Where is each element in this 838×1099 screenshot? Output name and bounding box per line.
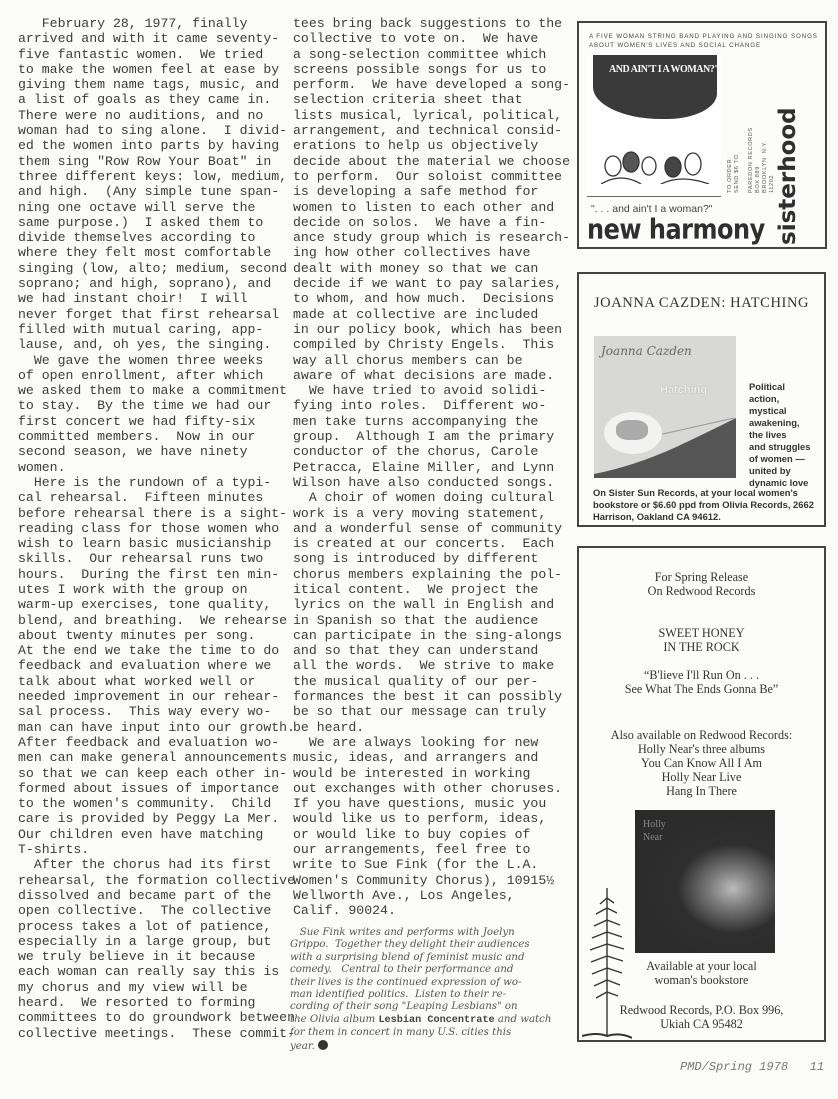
- article-line: ed the women into parts by having: [18, 138, 283, 153]
- article-line: committed members. Now in our: [18, 429, 283, 444]
- article-line: is developing a safe method for: [293, 184, 558, 199]
- article-line: lause, and, oh yes, the singing.: [18, 337, 283, 352]
- article-line: be heard.: [293, 720, 558, 735]
- article-line: A choir of women doing cultural: [293, 490, 558, 505]
- article-line: to stay. By the time we had our: [18, 398, 283, 413]
- article-line: can participate in the sing-alongs: [293, 628, 558, 643]
- article-line: ance study group which is research-: [293, 230, 558, 245]
- article-line: collective meetings. These commit-: [18, 1026, 283, 1041]
- article-column-1: February 28, 1977, finallyarrived and wi…: [18, 16, 283, 1041]
- article-line: decide if we want to pay salaries,: [293, 276, 558, 291]
- holly-near-photo: Holly Near: [635, 810, 775, 953]
- article-line: Calif. 90024.: [293, 903, 558, 918]
- article-line: After the chorus had its first: [18, 857, 283, 872]
- ad-redwood-records: For Spring Release On Redwood Records SW…: [577, 546, 826, 1042]
- article-line: before rehearsal there is a sight-: [18, 506, 283, 521]
- article-line: women.: [18, 460, 283, 475]
- article-line: woman had to sing alone. I divid-: [18, 123, 283, 138]
- address-line-1: Redwood Records, P.O. Box 996,: [579, 1003, 824, 1017]
- article-line: ing how other collectives have: [293, 245, 558, 260]
- article-line: Our children even have matching: [18, 827, 283, 842]
- article-line: Wellworth Ave., Los Angeles,: [293, 888, 558, 903]
- article-line: work is a very moving statement,: [293, 506, 558, 521]
- article-line: formances the best it can possibly: [293, 689, 558, 704]
- article-line: itical content. We project the: [293, 582, 558, 597]
- article-line: heard. We resorted to forming: [18, 995, 283, 1010]
- album-item: You Can Know All I Am: [579, 756, 824, 770]
- article-line: out exchanges with other choruses.: [293, 781, 558, 796]
- author-bio: Sue Fink writes and performs with Joelyn…: [290, 927, 560, 1053]
- egg-yolk-icon: [616, 420, 648, 440]
- article-line: is created at our concerts. Each: [293, 536, 558, 551]
- article-line: song is introduced by different: [293, 551, 558, 566]
- article-line: utes I work with the group on: [18, 582, 283, 597]
- availability-line-1: Available at your local: [579, 959, 824, 973]
- article-line: each woman can really say this is: [18, 964, 283, 979]
- photo-label: Holly Near: [643, 818, 666, 844]
- article-line: second season, we have ninety: [18, 444, 283, 459]
- article-line: fying into roles. Different wo-: [293, 398, 558, 413]
- article-line: February 28, 1977, finally: [18, 16, 283, 31]
- article-line: Petracca, Elaine Miller, and Lynn: [293, 460, 558, 475]
- article-line: warm-up exercises, tone quality,: [18, 597, 283, 612]
- article-line: women to listen to each other and: [293, 200, 558, 215]
- album-title: Lesbian Concentrate: [378, 1015, 494, 1026]
- article-line: way all chorus members can be: [293, 353, 558, 368]
- ad-joanna-cazden: JOANNA CAZDEN: HATCHING Joanna Cazden Ha…: [577, 272, 826, 527]
- article-line: sal process. This way every wo-: [18, 704, 283, 719]
- album-line-2: See What The Ends Gonna Be”: [579, 682, 824, 696]
- ad-blurb: Political action, mystical awakening, th…: [749, 381, 810, 489]
- article-line: chorus members explaining the pol-: [293, 567, 558, 582]
- cover-title: Hatching: [660, 384, 707, 396]
- article-line: men take turns accompanying the: [293, 414, 558, 429]
- article-line: my chorus and my view will be: [18, 980, 283, 995]
- ad-title: JOANNA CAZDEN: HATCHING: [579, 295, 824, 312]
- article-line: we had instant choir! I will: [18, 291, 283, 306]
- article-line: to whom, and how much. Decisions: [293, 291, 558, 306]
- cover-title: AND AIN'T I A WOMAN?": [609, 64, 719, 75]
- article-line: never forget that first rehearsal: [18, 307, 283, 322]
- release-line-1: For Spring Release: [579, 570, 824, 584]
- article-line: needed improvement in our rehear-: [18, 689, 283, 704]
- article-line: write to Sue Fink (for the L.A.: [293, 857, 558, 872]
- article-line: of open enrollment, after which: [18, 368, 283, 383]
- article-line: to make the women feel at ease by: [18, 62, 283, 77]
- order-info: TO ORDER SEND $6 TO PAREDON RECORDS BOX …: [727, 127, 776, 193]
- article-line: feedback and evaluation where we: [18, 658, 283, 673]
- article-line: We are always looking for new: [293, 735, 558, 750]
- artist-line-1: SWEET HONEY: [579, 626, 824, 640]
- article-line: lists musical, lyrical, political,: [293, 108, 558, 123]
- brand-name-vertical: sisterhood: [775, 107, 801, 245]
- article-line: perform. We have developed a song-: [293, 77, 558, 92]
- article-line: divide themselves according to: [18, 230, 283, 245]
- article-line: dissolved and became part of the: [18, 888, 283, 903]
- address-line-2: Ukiah CA 95482: [579, 1017, 824, 1031]
- article-line: formed about issues of importance: [18, 781, 283, 796]
- ad-tagline: A FIVE WOMAN STRING BAND PLAYING AND SIN…: [589, 32, 821, 50]
- article-line: blend, and breathing. We rehearse: [18, 613, 283, 628]
- album-cover: AND AIN'T I A WOMAN?": [587, 55, 721, 197]
- release-line-2: On Redwood Records: [579, 584, 824, 598]
- article-line: same purpose.) I asked them to: [18, 215, 283, 230]
- album-cover: Joanna Cazden Hatching: [594, 336, 736, 478]
- article-line: If you have questions, music you: [293, 796, 558, 811]
- article-line: T-shirts.: [18, 842, 283, 857]
- article-line: reading class for those women who: [18, 521, 283, 536]
- article-line: man can have input into our growth.: [18, 720, 283, 735]
- article-line: After feedback and evaluation wo-: [18, 735, 283, 750]
- article-line: arrived and with it came seventy-: [18, 31, 283, 46]
- cover-signature: Joanna Cazden: [601, 344, 692, 358]
- article-line: There were no auditions, and no: [18, 108, 283, 123]
- article-line: hours. During the first ten min-: [18, 567, 283, 582]
- article-line: wish to learn basic musicianship: [18, 536, 283, 551]
- article-line: to the women's community. Child: [18, 796, 283, 811]
- article-column-2: tees bring back suggestions to thecollec…: [293, 16, 558, 919]
- article-line: and so that they can understand: [293, 643, 558, 658]
- article-line: talk about what worked well or: [18, 674, 283, 689]
- article-line: group. Although I am the primary: [293, 429, 558, 444]
- article-line: singing (low, alto; medium, second: [18, 261, 283, 276]
- band-faces-icon: [601, 150, 711, 184]
- article-line: would be interested in working: [293, 766, 558, 781]
- availability-line-2: woman's bookstore: [579, 973, 824, 987]
- article-line: aware of what decisions are made.: [293, 368, 558, 383]
- article-line: music, ideas, and arrangers and: [293, 750, 558, 765]
- article-line: and a wonderful sense of community: [293, 521, 558, 536]
- article-line: first concert we had fifty-six: [18, 414, 283, 429]
- article-line: arrangement, and technical consid-: [293, 123, 558, 138]
- article-line: so that we can keep each other in-: [18, 766, 283, 781]
- article-line: our arrangements, feel free to: [293, 842, 558, 857]
- article-line: dealt with money so that we can: [293, 261, 558, 276]
- article-line: five fantastic women. We tried: [18, 47, 283, 62]
- article-line: lyrics on the wall in English and: [293, 597, 558, 612]
- article-line: made at collective are included: [293, 307, 558, 322]
- article-line: rehearsal, the formation collective: [18, 873, 283, 888]
- album-line-1: “B'lieve I'll Run On . . .: [579, 668, 824, 682]
- article-line: We have tried to avoid solidi-: [293, 383, 558, 398]
- article-line: compiled by Christy Engels. This: [293, 337, 558, 352]
- article-line: skills. Our rehearsal runs two: [18, 551, 283, 566]
- ad-footer: On Sister Sun Records, at your local wom…: [593, 487, 815, 523]
- article-line: would like us to perform, ideas,: [293, 811, 558, 826]
- article-line: Wilson have also conducted songs.: [293, 475, 558, 490]
- page-folio: PMD/Spring 1978 11: [680, 1060, 824, 1074]
- article-line: where they felt most comfortable: [18, 245, 283, 260]
- end-bullet-icon: [318, 1040, 328, 1050]
- article-line: process takes a lot of patience,: [18, 919, 283, 934]
- article-line: cal rehearsal. Fifteen minutes: [18, 490, 283, 505]
- article-line: we asked them to make a commitment: [18, 383, 283, 398]
- article-line: open collective. The collective: [18, 903, 283, 918]
- album-item: Holly Near's three albums: [579, 742, 824, 756]
- article-line: in Spanish so that the audience: [293, 613, 558, 628]
- article-line: filled with mutual caring, app-: [18, 322, 283, 337]
- article-line: erations to help us objectively: [293, 138, 558, 153]
- article-line: three different keys: low, medium,: [18, 169, 283, 184]
- article-line: about twenty minutes per song.: [18, 628, 283, 643]
- article-line: especially in a large group, but: [18, 934, 283, 949]
- article-line: the musical quality of our per-: [293, 674, 558, 689]
- article-line: a song-selection committee which: [293, 47, 558, 62]
- bio-text: Sue Fink writes and performs with Joelyn…: [290, 927, 530, 1025]
- article-line: and high. (Any simple tune span-: [18, 184, 283, 199]
- article-line: all the words. We strive to make: [293, 658, 558, 673]
- article-line: to perform. Our soloist committee: [293, 169, 558, 184]
- article-line: in our policy book, which has been: [293, 322, 558, 337]
- article-line: soprano; and high, soprano), and: [18, 276, 283, 291]
- article-line: ning one octave will serve the: [18, 200, 283, 215]
- artist-line-2: IN THE ROCK: [579, 640, 824, 654]
- article-line: collective to vote on. We have: [293, 31, 558, 46]
- article-line: or would like to buy copies of: [293, 827, 558, 842]
- article-line: screens possible songs for us to: [293, 62, 558, 77]
- article-line: men can make general announcements: [18, 750, 283, 765]
- article-line: giving them name tags, music, and: [18, 77, 283, 92]
- article-line: selection criteria sheet that: [293, 92, 558, 107]
- article-line: committees to do groundwork between: [18, 1010, 283, 1025]
- also-available: Also available on Redwood Records:: [579, 728, 824, 742]
- article-line: decide on solos. We have a fin-: [293, 215, 558, 230]
- album-item: Holly Near Live: [579, 770, 824, 784]
- album-item: Hang In There: [579, 784, 824, 798]
- article-line: care is provided by Peggy La Mer.: [18, 811, 283, 826]
- article-line: conductor of the chorus, Carole: [293, 444, 558, 459]
- article-line: We gave the women three weeks: [18, 353, 283, 368]
- article-line: be so that our message can truly: [293, 704, 558, 719]
- brand-name: new harmony: [587, 213, 765, 245]
- article-line: Women's Community Chorus), 10915½: [293, 873, 558, 888]
- article-line: decide about the material we choose: [293, 154, 558, 169]
- article-line: tees bring back suggestions to the: [293, 16, 558, 31]
- article-line: At the end we take the time to do: [18, 643, 283, 658]
- article-line: them sing "Row Row Your Boat" in: [18, 154, 283, 169]
- article-line: Here is the rundown of a typi-: [18, 475, 283, 490]
- article-line: we truly believe in it because: [18, 949, 283, 964]
- ad-new-harmony-sisterhood: A FIVE WOMAN STRING BAND PLAYING AND SIN…: [577, 21, 827, 249]
- article-line: a list of goals as they came in.: [18, 92, 283, 107]
